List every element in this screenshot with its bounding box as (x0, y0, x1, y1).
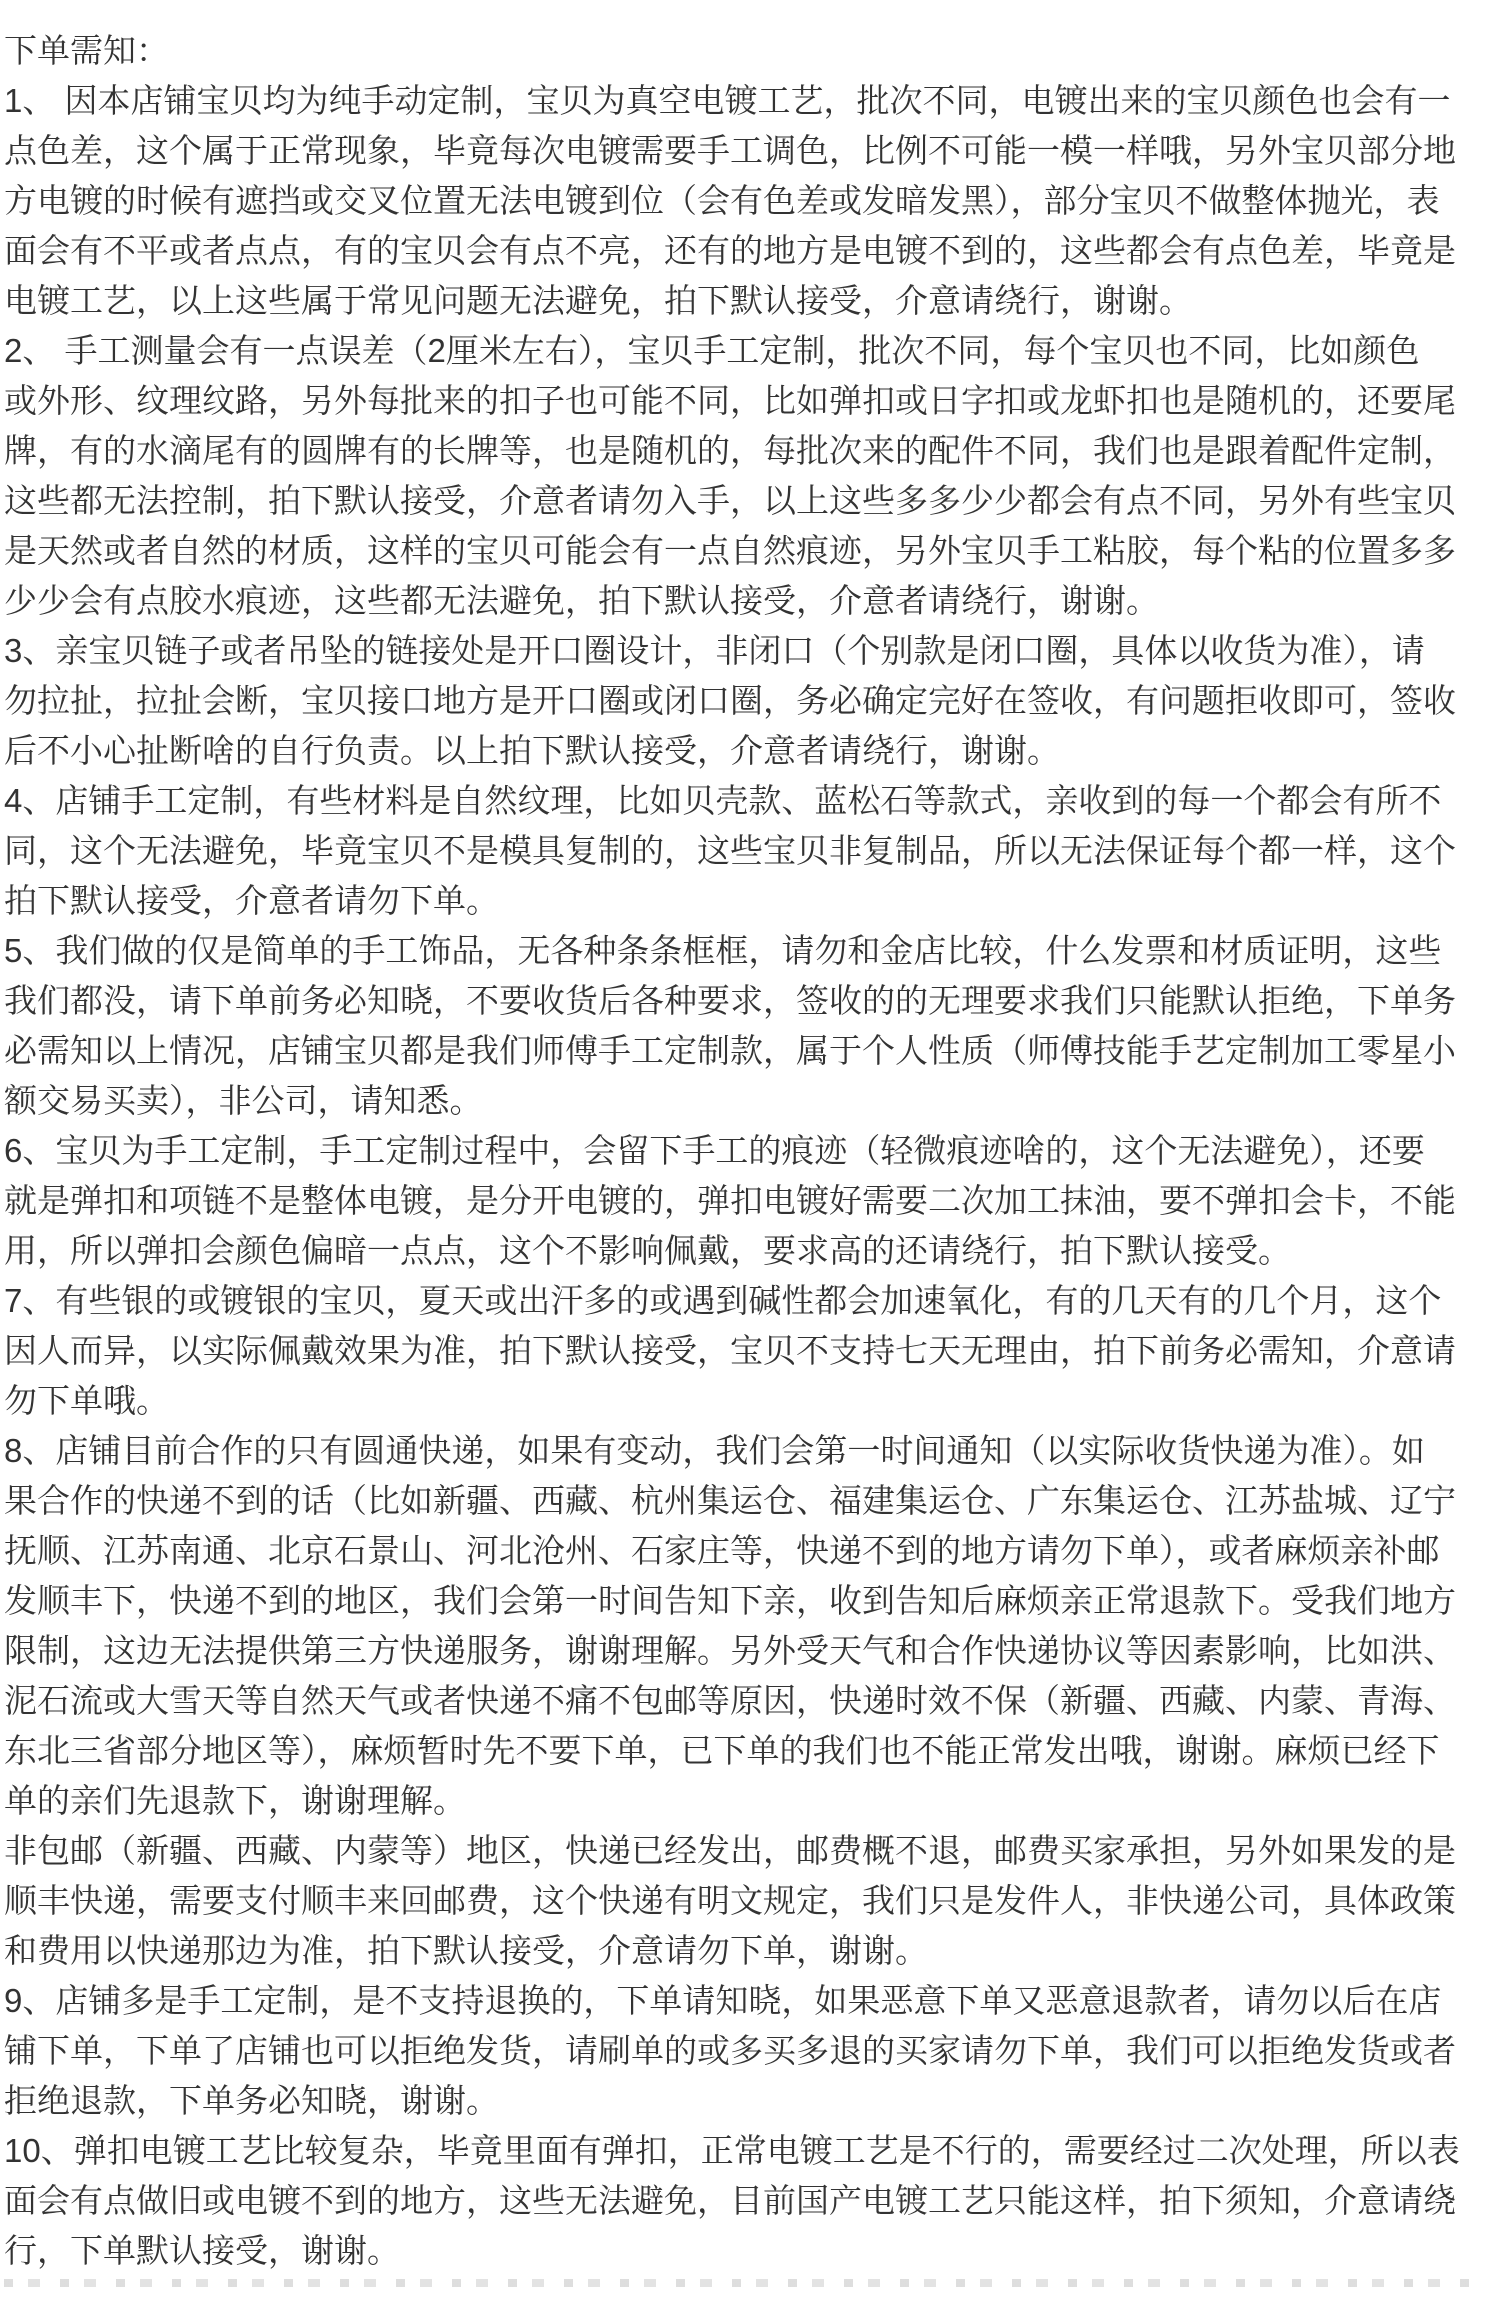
text-line: 额交易买卖），非公司，请知悉。 (4, 1076, 1496, 1126)
text-line: 7、有些银的或镀银的宝贝，夏天或出汗多的或遇到碱性都会加速氧化，有的几天有的几个… (4, 1276, 1496, 1326)
text-line: 或外形、纹理纹路，另外每批来的扣子也可能不同，比如弹扣或日字扣或龙虾扣也是随机的… (4, 376, 1496, 426)
text-line: 顺丰快递，需要支付顺丰来回邮费，这个快递有明文规定，我们只是发件人，非快递公司，… (4, 1876, 1496, 1926)
text-line: 行，下单默认接受，谢谢。 (4, 2226, 1496, 2276)
text-line: 勿拉扯，拉扯会断，宝贝接口地方是开口圈或闭口圈，务必确定完好在签收，有问题拒收即… (4, 676, 1496, 726)
text-line: 用，所以弹扣会颜色偏暗一点点，这个不影响佩戴，要求高的还请绕行，拍下默认接受。 (4, 1226, 1496, 1276)
text-line: 拍下默认接受，介意者请勿下单。 (4, 876, 1496, 926)
text-line: 后不小心扯断啥的自行负责。以上拍下默认接受，介意者请绕行，谢谢。 (4, 726, 1496, 776)
notice-text: 下单需知：1、 因本店铺宝贝均为纯手动定制，宝贝为真空电镀工艺，批次不同，电镀出… (4, 26, 1496, 2276)
text-line: 这些都无法控制，拍下默认接受，介意者请勿入手，以上这些多多少少都会有点不同，另外… (4, 476, 1496, 526)
text-line: 勿下单哦。 (4, 1376, 1496, 1426)
text-line: 1、 因本店铺宝贝均为纯手动定制，宝贝为真空电镀工艺，批次不同，电镀出来的宝贝颜… (4, 76, 1496, 126)
text-line: 同，这个无法避免，毕竟宝贝不是模具复制的，这些宝贝非复制品，所以无法保证每个都一… (4, 826, 1496, 876)
text-line: 因人而异，以实际佩戴效果为准，拍下默认接受，宝贝不支持七天无理由，拍下前务必需知… (4, 1326, 1496, 1376)
text-line: 面会有不平或者点点，有的宝贝会有点不亮，还有的地方是电镀不到的，这些都会有点色差… (4, 226, 1496, 276)
text-line: 泥石流或大雪天等自然天气或者快递不痛不包邮等原因，快递时效不保（新疆、西藏、内蒙… (4, 1676, 1496, 1726)
text-line: 我们都没，请下单前务必知晓，不要收货后各种要求，签收的的无理要求我们只能默认拒绝… (4, 976, 1496, 1026)
text-line: 电镀工艺，以上这些属于常见问题无法避免，拍下默认接受，介意请绕行，谢谢。 (4, 276, 1496, 326)
text-line: 必需知以上情况，店铺宝贝都是我们师傅手工定制款，属于个人性质（师傅技能手艺定制加… (4, 1026, 1496, 1076)
text-line: 3、亲宝贝链子或者吊坠的链接处是开口圈设计，非闭口（个别款是闭口圈，具体以收货为… (4, 626, 1496, 676)
text-line: 东北三省部分地区等），麻烦暂时先不要下单，已下单的我们也不能正常发出哦，谢谢。麻… (4, 1726, 1496, 1776)
text-line: 牌，有的水滴尾有的圆牌有的长牌等，也是随机的，每批次来的配件不同，我们也是跟着配… (4, 426, 1496, 476)
text-line: 方电镀的时候有遮挡或交叉位置无法电镀到位（会有色差或发暗发黑），部分宝贝不做整体… (4, 176, 1496, 226)
text-line: 抚顺、江苏南通、北京石景山、河北沧州、石家庄等，快递不到的地方请勿下单），或者麻… (4, 1526, 1496, 1576)
text-line: 2、 手工测量会有一点误差（2厘米左右），宝贝手工定制，批次不同，每个宝贝也不同… (4, 326, 1496, 376)
text-line: 铺下单，下单了店铺也可以拒绝发货，请刷单的或多买多退的买家请勿下单，我们可以拒绝… (4, 2026, 1496, 2076)
cutoff-text-line (4, 2279, 1472, 2287)
text-line: 拒绝退款，下单务必知晓，谢谢。 (4, 2076, 1496, 2126)
text-line: 10、弹扣电镀工艺比较复杂，毕竟里面有弹扣，正常电镀工艺是不行的，需要经过二次处… (4, 2126, 1496, 2176)
text-line: 点色差，这个属于正常现象，毕竟每次电镀需要手工调色，比例不可能一模一样哦，另外宝… (4, 126, 1496, 176)
text-line: 9、店铺多是手工定制，是不支持退换的，下单请知晓，如果恶意下单又恶意退款者，请勿… (4, 1976, 1496, 2026)
text-line: 6、宝贝为手工定制，手工定制过程中，会留下手工的痕迹（轻微痕迹啥的，这个无法避免… (4, 1126, 1496, 1176)
text-line: 8、店铺目前合作的只有圆通快递，如果有变动，我们会第一时间通知（以实际收货快递为… (4, 1426, 1496, 1476)
text-line: 非包邮（新疆、西藏、内蒙等）地区，快递已经发出，邮费概不退，邮费买家承担，另外如… (4, 1826, 1496, 1876)
text-line: 4、店铺手工定制，有些材料是自然纹理，比如贝壳款、蓝松石等款式，亲收到的每一个都… (4, 776, 1496, 826)
text-line: 果合作的快递不到的话（比如新疆、西藏、杭州集运仓、福建集运仓、广东集运仓、江苏盐… (4, 1476, 1496, 1526)
text-line: 面会有点做旧或电镀不到的地方，这些无法避免，目前国产电镀工艺只能这样，拍下须知，… (4, 2176, 1496, 2226)
text-line: 是天然或者自然的材质，这样的宝贝可能会有一点自然痕迹，另外宝贝手工粘胶，每个粘的… (4, 526, 1496, 576)
text-line: 少少会有点胶水痕迹，这些都无法避免，拍下默认接受，介意者请绕行，谢谢。 (4, 576, 1496, 626)
text-line: 限制，这边无法提供第三方快递服务，谢谢理解。另外受天气和合作快递协议等因素影响，… (4, 1626, 1496, 1676)
text-line: 发顺丰下，快递不到的地区，我们会第一时间告知下亲，收到告知后麻烦亲正常退款下。受… (4, 1576, 1496, 1626)
page-title: 下单需知： (4, 26, 1496, 76)
text-line: 就是弹扣和项链不是整体电镀，是分开电镀的，弹扣电镀好需要二次加工抹油，要不弹扣会… (4, 1176, 1496, 1226)
text-line: 单的亲们先退款下，谢谢理解。 (4, 1776, 1496, 1826)
text-line: 5、我们做的仅是简单的手工饰品，无各种条条框框，请勿和金店比较，什么发票和材质证… (4, 926, 1496, 976)
text-line: 和费用以快递那边为准，拍下默认接受，介意请勿下单，谢谢。 (4, 1926, 1496, 1976)
order-notice-document: 下单需知：1、 因本店铺宝贝均为纯手动定制，宝贝为真空电镀工艺，批次不同，电镀出… (0, 0, 1500, 2287)
